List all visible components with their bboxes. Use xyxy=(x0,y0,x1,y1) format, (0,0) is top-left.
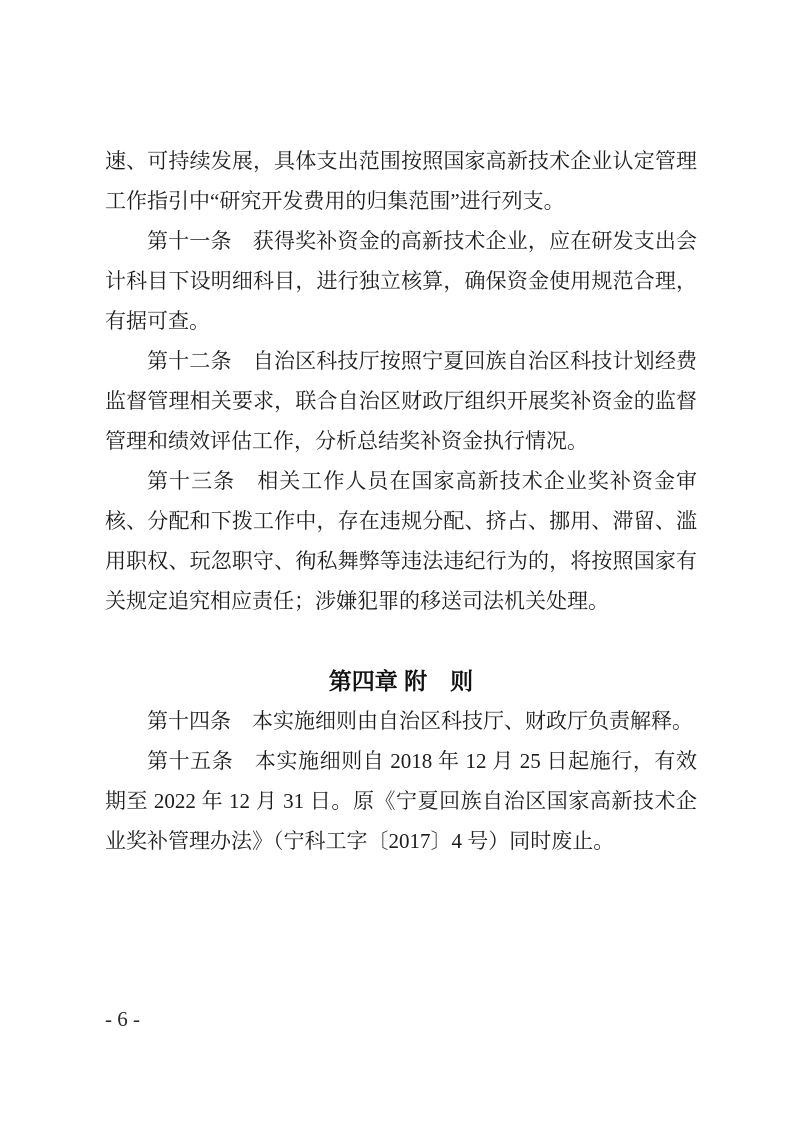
body-paragraph-article-13: 第十三条 相关工作人员在国家高新技术企业奖补资金审核、分配和下拨工作中，存在违规… xyxy=(105,461,697,621)
body-paragraph-article-11: 第十一条 获得奖补资金的高新技术企业，应在研发支出会计科目下设明细科目，进行独立… xyxy=(105,221,697,341)
document-page: 速、可持续发展，具体支出范围按照国家高新技术企业认定管理工作指引中“研究开发费用… xyxy=(0,0,793,1122)
section-spacer xyxy=(105,621,697,661)
body-paragraph-article-15: 第十五条 本实施细则自 2018 年 12 月 25 日起施行，有效期至 202… xyxy=(105,741,697,861)
body-paragraph-article-14: 第十四条 本实施细则由自治区科技厅、财政厅负责解释。 xyxy=(105,701,697,741)
chapter-heading: 第四章 附 则 xyxy=(105,661,697,701)
page-number: - 6 - xyxy=(105,1007,140,1031)
body-paragraph-continuation: 速、可持续发展，具体支出范围按照国家高新技术企业认定管理工作指引中“研究开发费用… xyxy=(105,141,697,221)
body-paragraph-article-12: 第十二条 自治区科技厅按照宁夏回族自治区科技计划经费监督管理相关要求，联合自治区… xyxy=(105,341,697,461)
document-body: 速、可持续发展，具体支出范围按照国家高新技术企业认定管理工作指引中“研究开发费用… xyxy=(105,141,697,861)
page-footer: - 6 - xyxy=(105,1007,140,1031)
